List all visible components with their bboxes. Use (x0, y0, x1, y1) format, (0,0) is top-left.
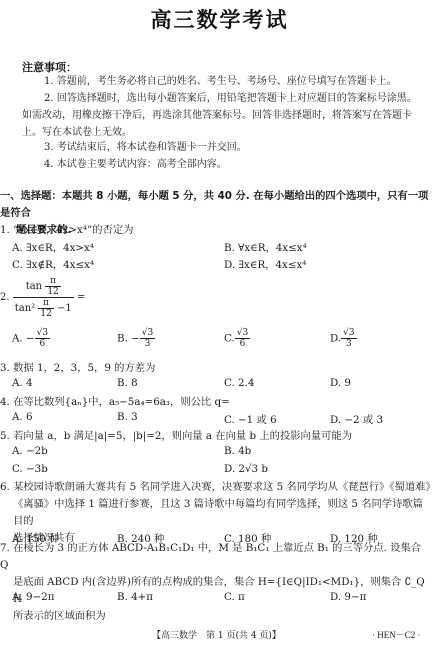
option-4d[interactable]: D. −2 或 3 (330, 411, 383, 426)
notice-item-2: 2. 回答选择题时，选出每小题答案后，用铅笔把答题卡上对应题目的答案标号涂黑。如… (22, 90, 422, 141)
option-4c[interactable]: C. −1 或 6 (224, 411, 277, 426)
tan-label: tan (26, 281, 42, 292)
frac-bottom: 6 (235, 339, 250, 349)
question-7-options: A. 9−2π B. 4+π C. π D. 9−π (12, 591, 432, 608)
frac-bottom: 6 (35, 339, 50, 349)
option-4b[interactable]: B. 3 (117, 411, 138, 423)
option-label: D. (330, 333, 341, 345)
option-5d[interactable]: D. 2√3 b (224, 463, 268, 475)
tan-squared-label: tan² (15, 303, 35, 314)
question-4-options: A. 6 B. 3 C. −1 或 6 D. −2 或 3 (12, 411, 432, 428)
option-fraction: √36 (35, 328, 50, 349)
question-5-stem: 5. 若向量 a，b 满足|a|=5，|b|=2，则向量 a 在向量 b 上的投… (0, 428, 432, 445)
question-1-options-row2: C. ∃x∉R，4x≤x⁴ D. ∃x∈R，4x≤x⁴ (12, 256, 432, 273)
option-1a[interactable]: A. ∃x∈R，4x>x⁴ (12, 239, 94, 254)
option-3d[interactable]: D. 9 (330, 377, 351, 389)
option-7c[interactable]: C. π (224, 591, 245, 603)
option-5b[interactable]: B. 4b (224, 445, 251, 457)
option-3a[interactable]: A. 4 (12, 377, 33, 389)
notice-item-4: 4. 本试卷主要考试内容：高考全部内容。 (22, 156, 422, 173)
section-heading-line1: 一、选择题：本题共 8 小题，每小题 5 分，共 40 分. 在每小题给出的四个… (0, 188, 430, 222)
frac-bottom: 12 (38, 309, 53, 319)
question-2-options: A. −√36 B. −√33 C.√36 D.√33 (12, 328, 432, 358)
equals-sign: = (77, 292, 85, 303)
frac-bottom: 12 (45, 287, 60, 297)
question-6-line1: 6. 某校园诗歌朗诵大赛共有 5 名同学进入决赛，决赛要求这 5 名同学均从《琵… (0, 479, 432, 496)
option-4a[interactable]: A. 6 (12, 411, 33, 423)
question-1-stem: 1. “∀x∈R，4x>x⁴”的否定为 (0, 222, 432, 239)
pi-over-12: π 12 (38, 298, 53, 319)
frac-top: π (38, 298, 53, 309)
option-1b[interactable]: B. ∀x∈R，4x≤x⁴ (224, 239, 307, 254)
exam-title: 高三数学考试 (0, 4, 439, 34)
question-3-options: A. 4 B. 8 C. 2.4 D. 9 (12, 377, 432, 394)
option-3c[interactable]: C. 2.4 (224, 377, 254, 389)
page-footer: 【高三数学 第 1 页(共 4 页)】 (152, 628, 281, 641)
option-5c[interactable]: C. −3b (12, 463, 48, 475)
option-5a[interactable]: A. −2b (12, 445, 48, 457)
frac-top: π (45, 276, 60, 287)
paper-code: · HEN－C2 · (372, 628, 421, 641)
question-3-stem: 3. 数据 1，2，3，5，9 的方差为 (0, 360, 432, 377)
question-5-options-row2: C. −3b D. 2√3 b (12, 463, 432, 480)
notice-item-1: 1. 答题前，考生务必将自己的姓名、考生号、考场号、座位号填写在答题卡上。 (22, 73, 422, 90)
question-2-fraction: tan π 12 tan² π 12 −1 (13, 276, 74, 319)
option-2b[interactable]: B. −√33 (117, 328, 155, 349)
minus-one: −1 (57, 303, 72, 314)
question-6-line2: 《离骚》中选择 1 篇进行参赛，且这 3 篇诗歌中每篇均有同学选择，则这 5 名… (0, 496, 432, 530)
option-1c[interactable]: C. ∃x∉R，4x≤x⁴ (12, 256, 94, 271)
option-label: B. − (117, 333, 140, 345)
question-2-number: 2. (0, 292, 10, 303)
option-2d[interactable]: D.√33 (330, 328, 357, 349)
option-fraction: √33 (341, 328, 356, 349)
option-fraction: √36 (235, 328, 250, 349)
option-2c[interactable]: C.√36 (224, 328, 250, 349)
question-1-options-row1: A. ∃x∈R，4x>x⁴ B. ∀x∈R，4x≤x⁴ (12, 239, 432, 256)
option-1d[interactable]: D. ∃x∈R，4x≤x⁴ (224, 256, 306, 271)
option-7a[interactable]: A. 9−2π (12, 591, 54, 603)
frac-top: √3 (341, 328, 356, 339)
frac-top: √3 (235, 328, 250, 339)
option-7b[interactable]: B. 4+π (117, 591, 153, 603)
option-3b[interactable]: B. 8 (117, 377, 138, 389)
frac-top: √3 (35, 328, 50, 339)
fraction-numerator: tan π 12 (13, 276, 74, 298)
option-label: C. (224, 333, 235, 345)
question-7-line1: 7. 在棱长为 3 的正方体 ABCD-A₁B₁C₁D₁ 中，M 是 B₁C₁ … (0, 540, 432, 574)
question-7-stem: 7. 在棱长为 3 的正方体 ABCD-A₁B₁C₁D₁ 中，M 是 B₁C₁ … (0, 540, 432, 625)
fraction-denominator: tan² π 12 −1 (13, 298, 74, 319)
frac-bottom: 3 (140, 339, 155, 349)
option-2a[interactable]: A. −√36 (12, 328, 50, 349)
frac-bottom: 3 (341, 339, 356, 349)
question-2-stem: 2. tan π 12 tan² π 12 −1 = (0, 276, 85, 319)
frac-top: √3 (140, 328, 155, 339)
option-label: A. − (12, 333, 35, 345)
notice-item-3: 3. 考试结束后，将本试卷和答题卡一并交回。 (22, 139, 422, 156)
pi-over-12: π 12 (45, 276, 60, 297)
question-5-options-row1: A. −2b B. 4b (12, 445, 432, 462)
question-7-line3: 所表示的区域面积为 (0, 608, 432, 625)
option-7d[interactable]: D. 9−π (330, 591, 366, 603)
option-fraction: √33 (140, 328, 155, 349)
question-4-stem: 4. 在等比数列{aₙ}中，a₅−5a₄=6a₃，则公比 q= (0, 394, 432, 411)
